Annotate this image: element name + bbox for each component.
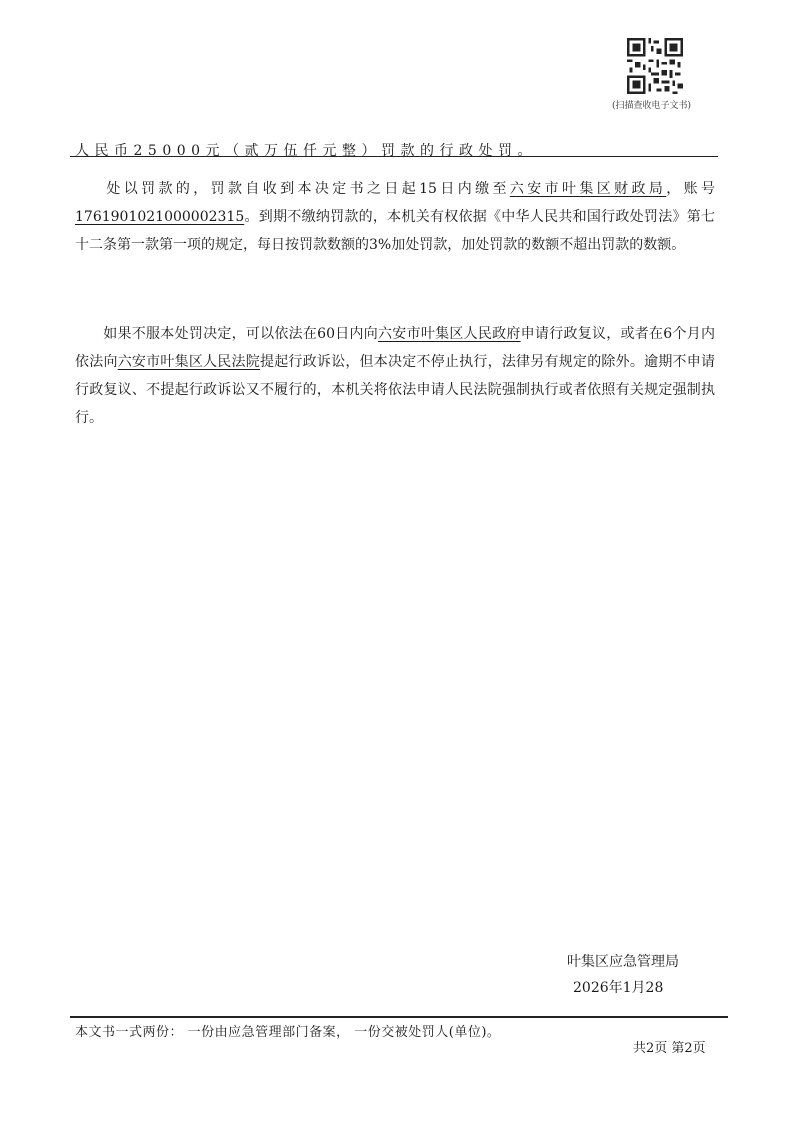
text: ，账号: [666, 181, 715, 197]
appeal-paragraph: 如果不服本处罚决定，可以依法在60日内向六安市叶集区人民政府申请行政复议，或者在…: [75, 320, 715, 432]
qr-caption: (扫描查收电子文书): [612, 98, 691, 111]
signature-date: 2026年1月28: [573, 977, 663, 997]
divider: [70, 1016, 728, 1018]
review-body: 六安市叶集区人民政府: [378, 326, 521, 342]
text: 如果不服本处罚决定，可以依法在60日内向: [103, 326, 378, 342]
page-number: 共2页 第2页: [633, 1037, 706, 1056]
copies-note: 本文书一式两份： 一份由应急管理部门备案， 一份交被处罚人(单位)。: [75, 1021, 500, 1040]
payee-name: 六安市叶集区财政局: [510, 181, 666, 197]
court-name: 六安市叶集区人民法院: [118, 354, 260, 370]
payment-paragraph: 处以罚款的，罚款自收到本决定书之日起15日内缴至六安市叶集区财政局，账号1761…: [75, 175, 715, 259]
qr-code-icon: [627, 38, 683, 94]
text: 处以罚款的，罚款自收到本决定书之日起15日内缴至: [103, 181, 510, 197]
signature-organization: 叶集区应急管理局: [567, 951, 679, 971]
account-number: 1761901021000002315: [75, 209, 244, 225]
divider: [70, 156, 718, 157]
penalty-line: 人民币25000元（贰万伍仟元整）罚款的行政处罚。: [75, 140, 537, 160]
